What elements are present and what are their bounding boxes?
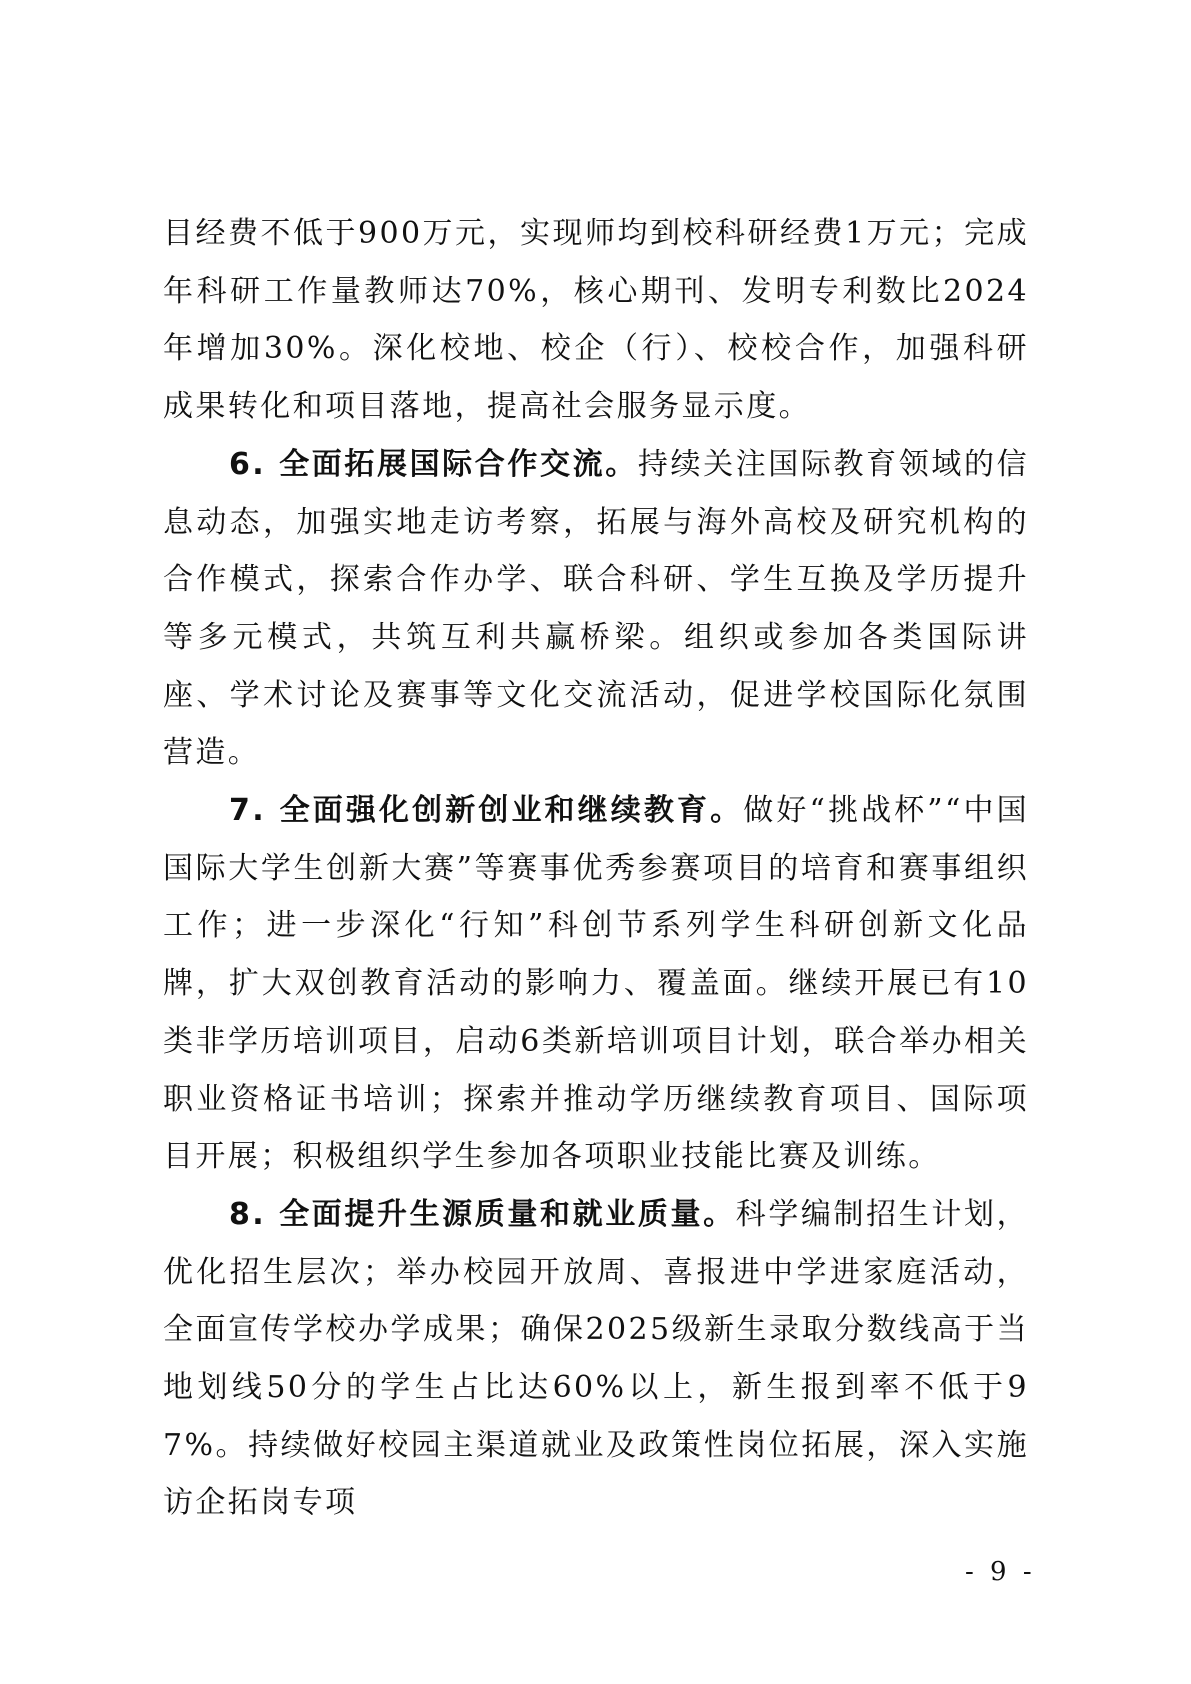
- page-number: - 9 -: [965, 1557, 1036, 1587]
- body-text: 目经费不低于900万元，实现师均到校科研经费1万元；完成年科研工作量教师达70%…: [163, 205, 1029, 1532]
- paragraph-item-6: 6. 全面拓展国际合作交流。持续关注国际教育领域的信息动态，加强实地走访考察，拓…: [163, 436, 1029, 782]
- paragraph-heading: 8. 全面提升生源质量和就业质量。: [229, 1197, 736, 1232]
- paragraph-continuation: 目经费不低于900万元，实现师均到校科研经费1万元；完成年科研工作量教师达70%…: [163, 205, 1029, 436]
- paragraph-item-7: 7. 全面强化创新创业和继续教育。做好“挑战杯”“中国国际大学生创新大赛”等赛事…: [163, 782, 1029, 1186]
- paragraph-body: 科学编制招生计划，优化招生层次；举办校园开放周、喜报进中学进家庭活动，全面宣传学…: [163, 1197, 1029, 1521]
- paragraph-body: 目经费不低于900万元，实现师均到校科研经费1万元；完成年科研工作量教师达70%…: [163, 216, 1029, 424]
- document-page: 目经费不低于900万元，实现师均到校科研经费1万元；完成年科研工作量教师达70%…: [0, 0, 1191, 1684]
- paragraph-heading: 7. 全面强化创新创业和继续教育。: [229, 793, 743, 828]
- paragraph-heading: 6. 全面拓展国际合作交流。: [229, 447, 638, 482]
- paragraph-item-8: 8. 全面提升生源质量和就业质量。科学编制招生计划，优化招生层次；举办校园开放周…: [163, 1186, 1029, 1532]
- paragraph-body: 做好“挑战杯”“中国国际大学生创新大赛”等赛事优秀参赛项目的培育和赛事组织工作；…: [163, 793, 1029, 1174]
- paragraph-body: 持续关注国际教育领域的信息动态，加强实地走访考察，拓展与海外高校及研究机构的合作…: [163, 447, 1029, 771]
